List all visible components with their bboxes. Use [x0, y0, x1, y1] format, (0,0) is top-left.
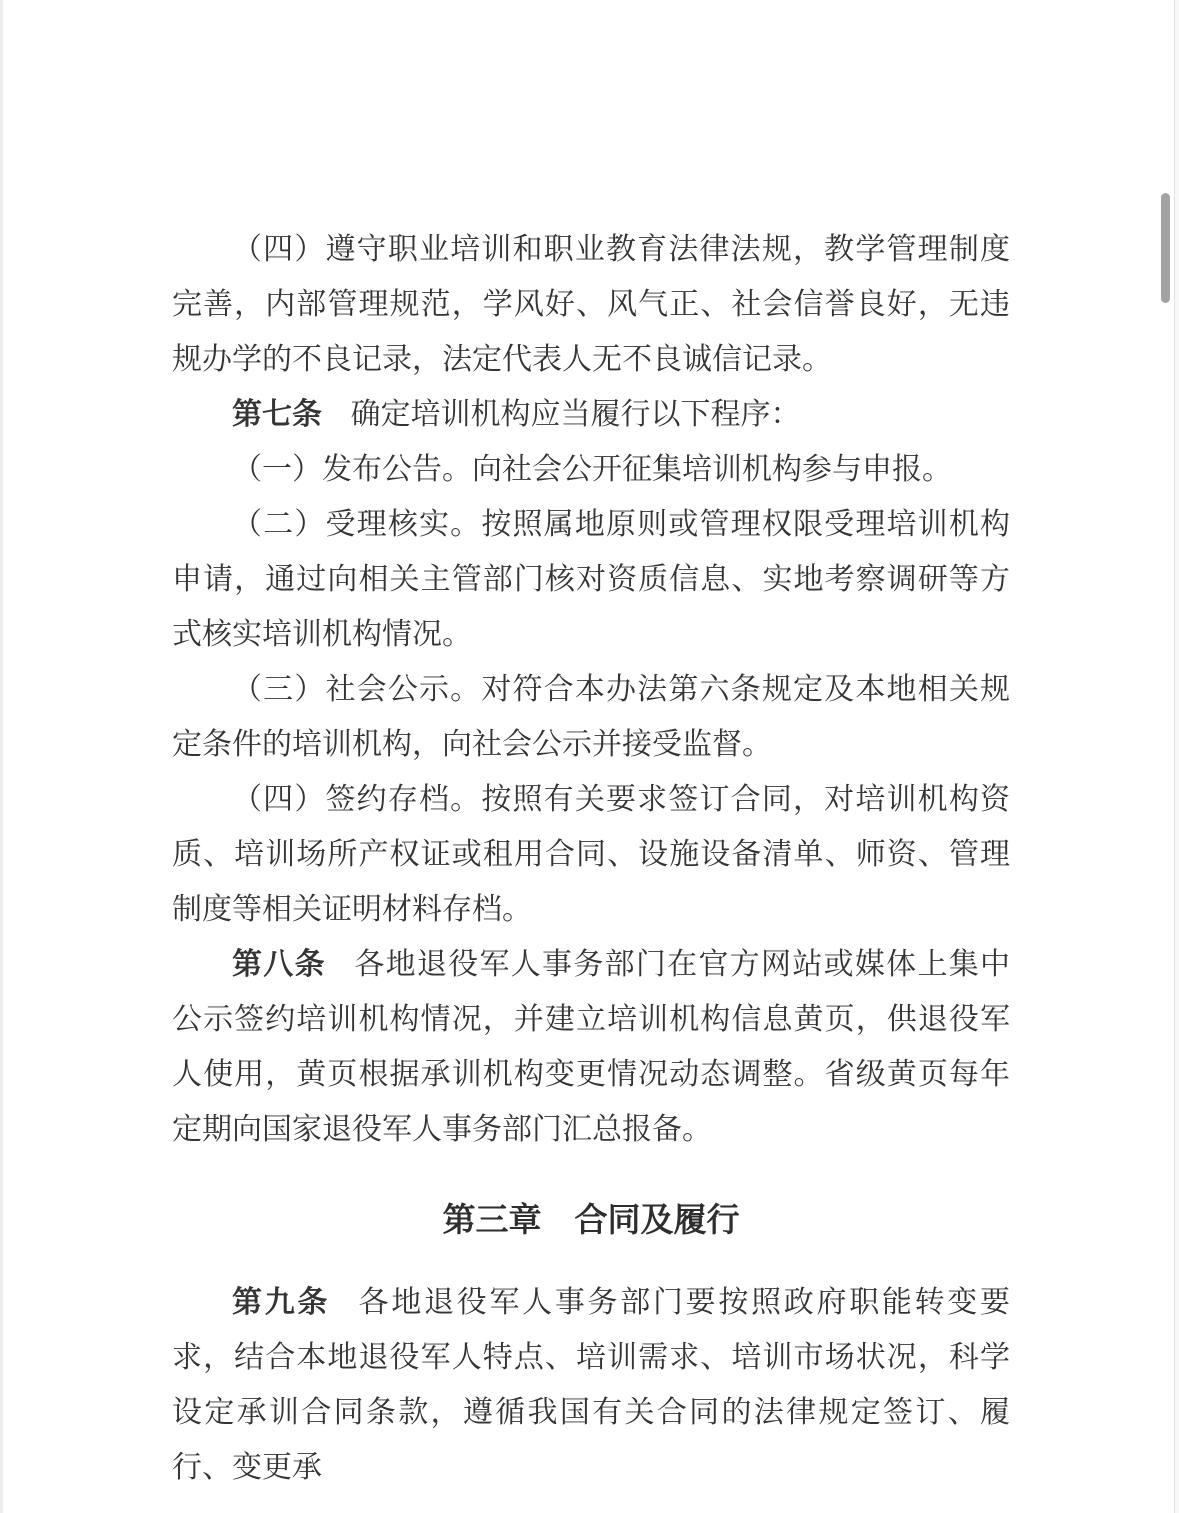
procedure-4-paragraph: （四）签约存档。按照有关要求签订合同，对培训机构资质、培训场所产权证或租用合同、… [172, 772, 1010, 937]
chapter-3-heading: 第三章 合同及履行 [172, 1191, 1010, 1251]
clause-iv-paragraph: （四）遵守职业培训和职业教育法律法规，教学管理制度完善，内部管理规范，学风好、风… [172, 222, 1010, 387]
article-7-text: 确定培训机构应当履行以下程序： [351, 398, 801, 431]
procedure-3-paragraph: （三）社会公示。对符合本办法第六条规定及本地相关规定条件的培训机构，向社会公示并… [172, 662, 1010, 772]
procedure-3-text: （三）社会公示。对符合本办法第六条规定及本地相关规定条件的培训机构，向社会公示并… [172, 673, 1010, 761]
document-viewer: （四）遵守职业培训和职业教育法律法规，教学管理制度完善，内部管理规范，学风好、风… [0, 0, 1179, 1513]
article-9-label: 第九条 [232, 1286, 330, 1319]
article-8-paragraph: 第八条各地退役军人事务部门在官方网站或媒体上集中公示签约培训机构情况，并建立培训… [172, 937, 1010, 1157]
procedure-1-paragraph: （一）发布公告。向社会公开征集培训机构参与申报。 [172, 442, 1010, 497]
document-text: （四）遵守职业培训和职业教育法律法规，教学管理制度完善，内部管理规范，学风好、风… [172, 222, 1010, 1495]
page-left-edge [0, 0, 3, 1513]
article-7-paragraph: 第七条确定培训机构应当履行以下程序： [172, 387, 1010, 442]
article-7-label: 第七条 [232, 398, 322, 431]
procedure-2-text: （二）受理核实。按照属地原则或管理权限受理培训机构申请，通过向相关主管部门核对资… [172, 508, 1010, 651]
scrollbar-thumb[interactable] [1161, 193, 1170, 303]
article-8-label: 第八条 [232, 948, 326, 981]
clause-iv-text: （四）遵守职业培训和职业教育法律法规，教学管理制度完善，内部管理规范，学风好、风… [172, 233, 1010, 376]
article-9-paragraph: 第九条各地退役军人事务部门要按照政府职能转变要求，结合本地退役军人特点、培训需求… [172, 1275, 1010, 1495]
procedure-2-paragraph: （二）受理核实。按照属地原则或管理权限受理培训机构申请，通过向相关主管部门核对资… [172, 497, 1010, 662]
scrollbar-track[interactable] [1174, 0, 1179, 1513]
procedure-4-text: （四）签约存档。按照有关要求签订合同，对培训机构资质、培训场所产权证或租用合同、… [172, 783, 1010, 926]
procedure-1-text: （一）发布公告。向社会公开征集培训机构参与申报。 [232, 453, 952, 486]
